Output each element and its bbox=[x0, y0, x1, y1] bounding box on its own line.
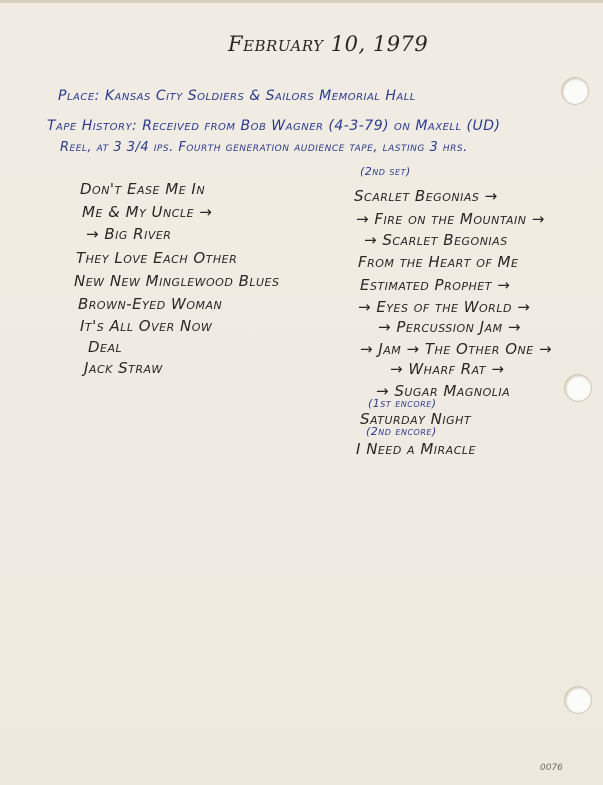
set1-song: It's All Over Now bbox=[80, 317, 212, 335]
tape-history-line-2: Reel, at 3 3/4 ips. Fourth generation au… bbox=[60, 140, 468, 155]
concert-date: February 10, 1979 bbox=[228, 32, 428, 56]
encore-2-label: (2nd encore) bbox=[366, 425, 437, 438]
tape-history-text-1: Received from Bob Wagner (4-3-79) on Max… bbox=[142, 118, 500, 134]
binder-hole-bottom bbox=[565, 687, 591, 713]
set1-song: Brown-Eyed Woman bbox=[78, 295, 222, 313]
place-line: Place: Kansas City Soldiers & Sailors Me… bbox=[58, 88, 416, 104]
set2-song: → Wharf Rat → bbox=[390, 360, 504, 378]
set2-song: From the Heart of Me bbox=[358, 253, 518, 271]
set1-song: New New Minglewood Blues bbox=[74, 272, 279, 290]
set1-song: Don't Ease Me In bbox=[80, 180, 205, 198]
page-number: 0076 bbox=[540, 763, 563, 773]
set2-song: → Percussion Jam → bbox=[378, 318, 521, 336]
encore-1-label: (1st encore) bbox=[368, 397, 437, 410]
set1-song: Jack Straw bbox=[84, 359, 163, 377]
set2-song: Scarlet Begonias → bbox=[354, 187, 498, 205]
set1-song: Me & My Uncle → bbox=[82, 203, 212, 221]
tape-history-label: Tape History: bbox=[47, 118, 137, 134]
notebook-page: February 10, 1979 Place: Kansas City Sol… bbox=[0, 0, 603, 785]
set2-song: → Fire on the Mountain → bbox=[356, 210, 545, 228]
encore-2-song: I Need a Miracle bbox=[356, 440, 476, 458]
set1-song: They Love Each Other bbox=[76, 249, 237, 267]
set2-song: → Scarlet Begonias bbox=[364, 231, 508, 249]
set2-song: → Jam → The Other One → bbox=[360, 340, 552, 358]
place-label: Place: bbox=[58, 88, 100, 104]
set2-song: → Eyes of the World → bbox=[358, 298, 530, 316]
set1-song: → Big River bbox=[86, 225, 171, 243]
binder-hole-middle bbox=[565, 375, 591, 401]
place-value: Kansas City Soldiers & Sailors Memorial … bbox=[105, 88, 416, 104]
set1-song: Deal bbox=[88, 338, 122, 356]
binder-hole-top bbox=[562, 78, 588, 104]
set2-header: (2nd set) bbox=[360, 165, 411, 178]
tape-history-line-1: Tape History: Received from Bob Wagner (… bbox=[47, 118, 500, 134]
set2-song: Estimated Prophet → bbox=[360, 276, 510, 294]
